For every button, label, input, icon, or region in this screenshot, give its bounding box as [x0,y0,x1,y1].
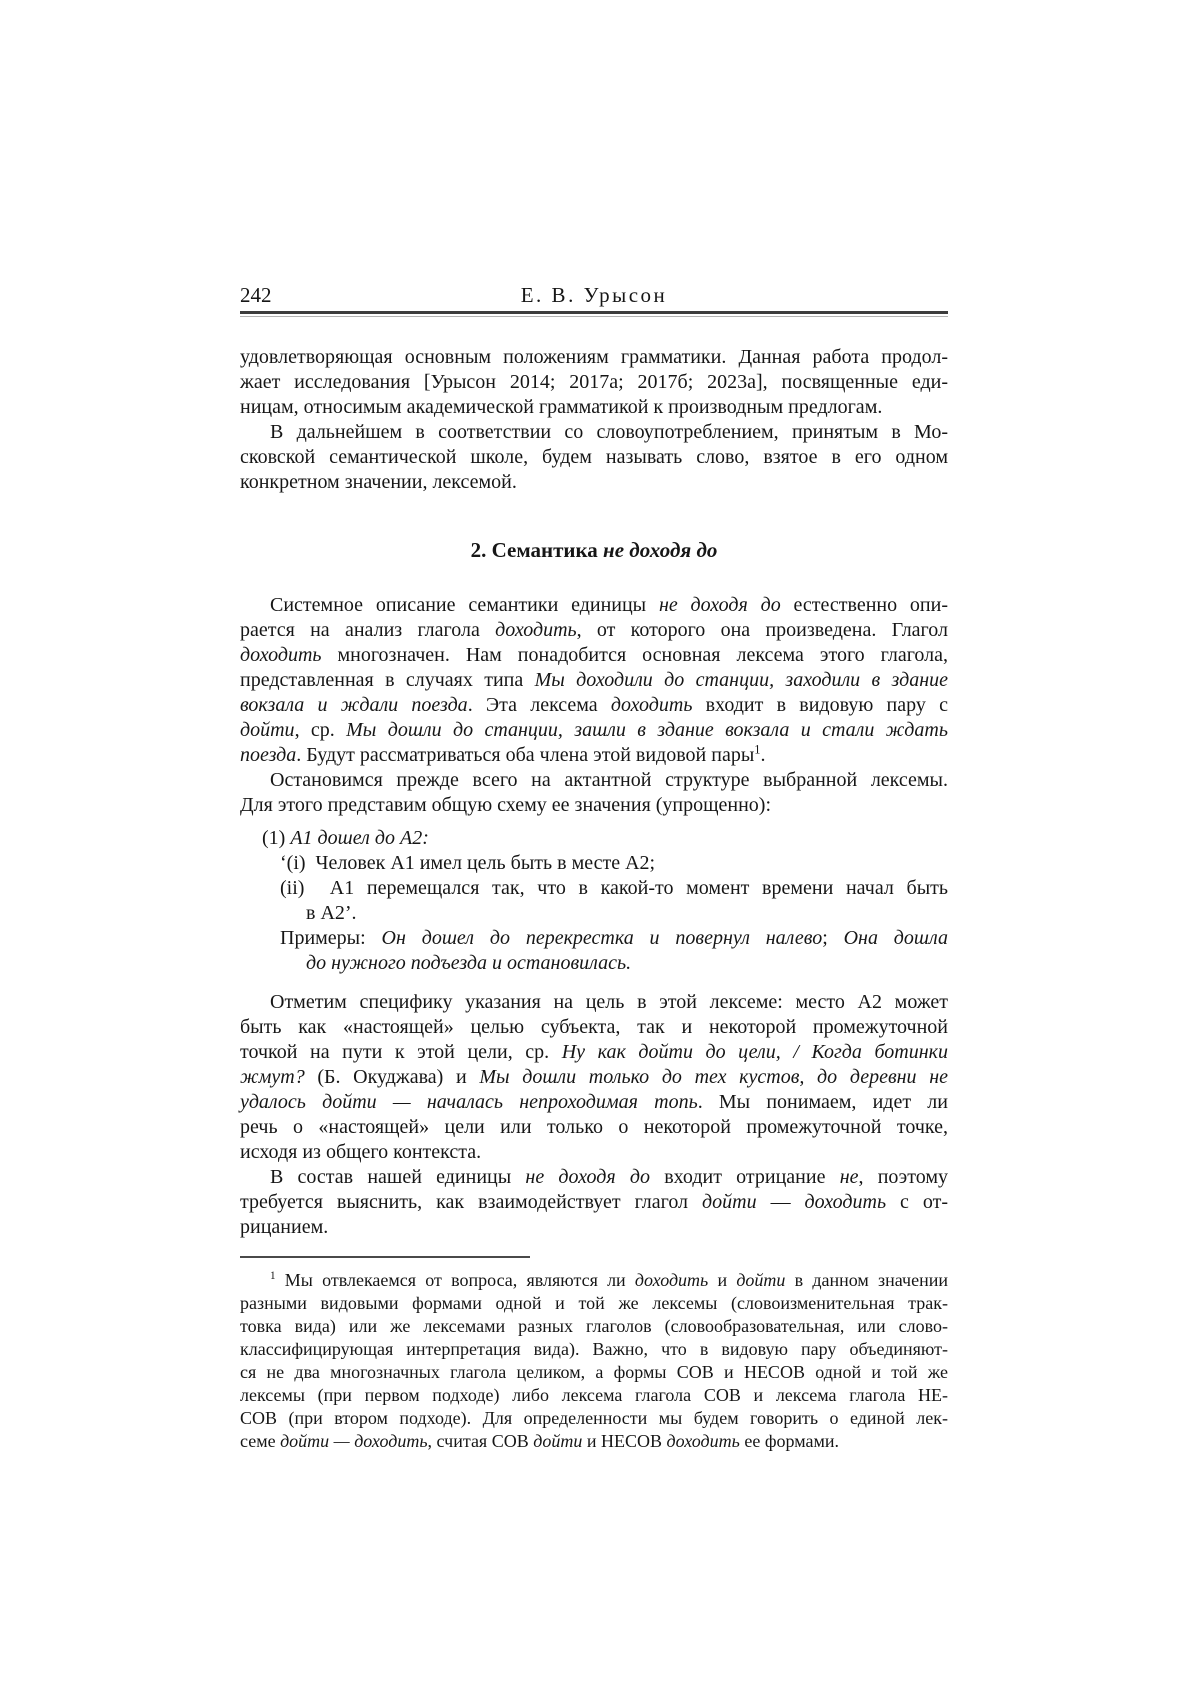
running-head-author: Е. В. Урысон [521,283,668,307]
text-line: точкой на пути к этой цели, ср. Ну как д… [240,1040,948,1065]
text-line: удовлетворяющая основным положениям грам… [240,345,948,370]
text-line: быть как «настоящей» целью субъекта, так… [240,1015,948,1040]
text-line: удалось дойти — началась непроходимая то… [240,1090,948,1115]
text-line: СОВ (при втором подходе). Для определенн… [240,1407,948,1430]
text-line: В состав нашей единицы не доходя до вход… [240,1165,948,1190]
text-line: Остановимся прежде всего на актантной ст… [240,768,948,793]
text-line: жает исследования [Урысон 2014; 2017а; 2… [240,370,948,395]
text-line: требуется выяснить, как взаимодействует … [240,1190,948,1215]
example-item-ii: (ii) А1 перемещался так, что в какой-то … [240,876,948,901]
running-header: 242 Е. В. Урысон [240,283,948,307]
footnote: 1 Мы отвлекаемся от вопроса, являются ли… [240,1269,948,1453]
page-number: 242 [240,283,272,307]
paragraph-goal-specifics: Отметим специфику указания на цель в это… [240,990,948,1165]
text-line: Для этого представим общую схему ее знач… [240,793,948,818]
text-line: 1 Мы отвлекаемся от вопроса, являются ли… [240,1269,948,1292]
text-line: классифицирующая интерпретация вида). Ва… [240,1338,948,1361]
text-line: поезда. Будут рассматриваться оба члена … [240,743,948,768]
example-item-ii-continuation: в А2’. [240,901,948,926]
page-content: 242 Е. В. Урысон удовлетворяющая основны… [240,283,948,1453]
example-block: (1) А1 дошел до А2: ‘(i) Человек А1 имел… [240,826,948,976]
text-line: вокзала и ждали поезда. Эта лексема дохо… [240,693,948,718]
text-line: рицанием. [240,1215,948,1240]
header-rule [240,311,948,317]
paragraph-actant-structure: Остановимся прежде всего на актантной ст… [240,768,948,818]
text-line: товка вида) или же лексемами разных глаг… [240,1315,948,1338]
text-line: Отметим специфику указания на цель в это… [240,990,948,1015]
text-line: семе дойти — доходить, считая СОВ дойти … [240,1430,948,1453]
text-line: конкретном значении, лексемой. [240,470,948,495]
example-number-line: (1) А1 дошел до А2: [240,826,948,851]
section-heading: 2. Семантика не доходя до [240,537,948,563]
text-line: речь о «настоящей» цели или только о нек… [240,1115,948,1140]
text-line: В дальнейшем в соответствии со словоупот… [240,420,948,445]
text-line: разными видовыми формами одной и той же … [240,1292,948,1315]
text-line: ся не два многозначных глагола целиком, … [240,1361,948,1384]
text-line: лексемы (при первом подходе) либо лексем… [240,1384,948,1407]
paragraph-continuation: удовлетворяющая основным положениям грам… [240,345,948,420]
paragraph-negation: В состав нашей единицы не доходя до вход… [240,1165,948,1240]
body-text: удовлетворяющая основным положениям грам… [240,345,948,1240]
text-line: жмут? (Б. Окуджава) и Мы дошли только до… [240,1065,948,1090]
footnote-separator [240,1256,530,1258]
example-samples-line: Примеры: Он дошел до перекрестка и повер… [240,926,948,951]
paragraph-semantics: Системное описание семантики единицы не … [240,593,948,768]
text-line: рается на анализ глагола доходить, от ко… [240,618,948,643]
example-item-i: ‘(i) Человек А1 имел цель быть в месте А… [240,851,948,876]
text-line: исходя из общего контекста. [240,1140,948,1165]
example-samples-continuation: до нужного подъезда и остановилась. [240,951,948,976]
page: 242 Е. В. Урысон удовлетворяющая основны… [0,0,1200,1697]
text-line: ницам, относимым академической грамматик… [240,395,948,420]
text-line: представленная в случаях типа Мы доходил… [240,668,948,693]
text-line: Системное описание семантики единицы не … [240,593,948,618]
text-line: дойти, ср. Мы дошли до станции, зашли в … [240,718,948,743]
text-line: доходить многозначен. Нам понадобится ос… [240,643,948,668]
text-line: сковской семантической школе, будем назы… [240,445,948,470]
paragraph-lexeme-definition: В дальнейшем в соответствии со словоупот… [240,420,948,495]
